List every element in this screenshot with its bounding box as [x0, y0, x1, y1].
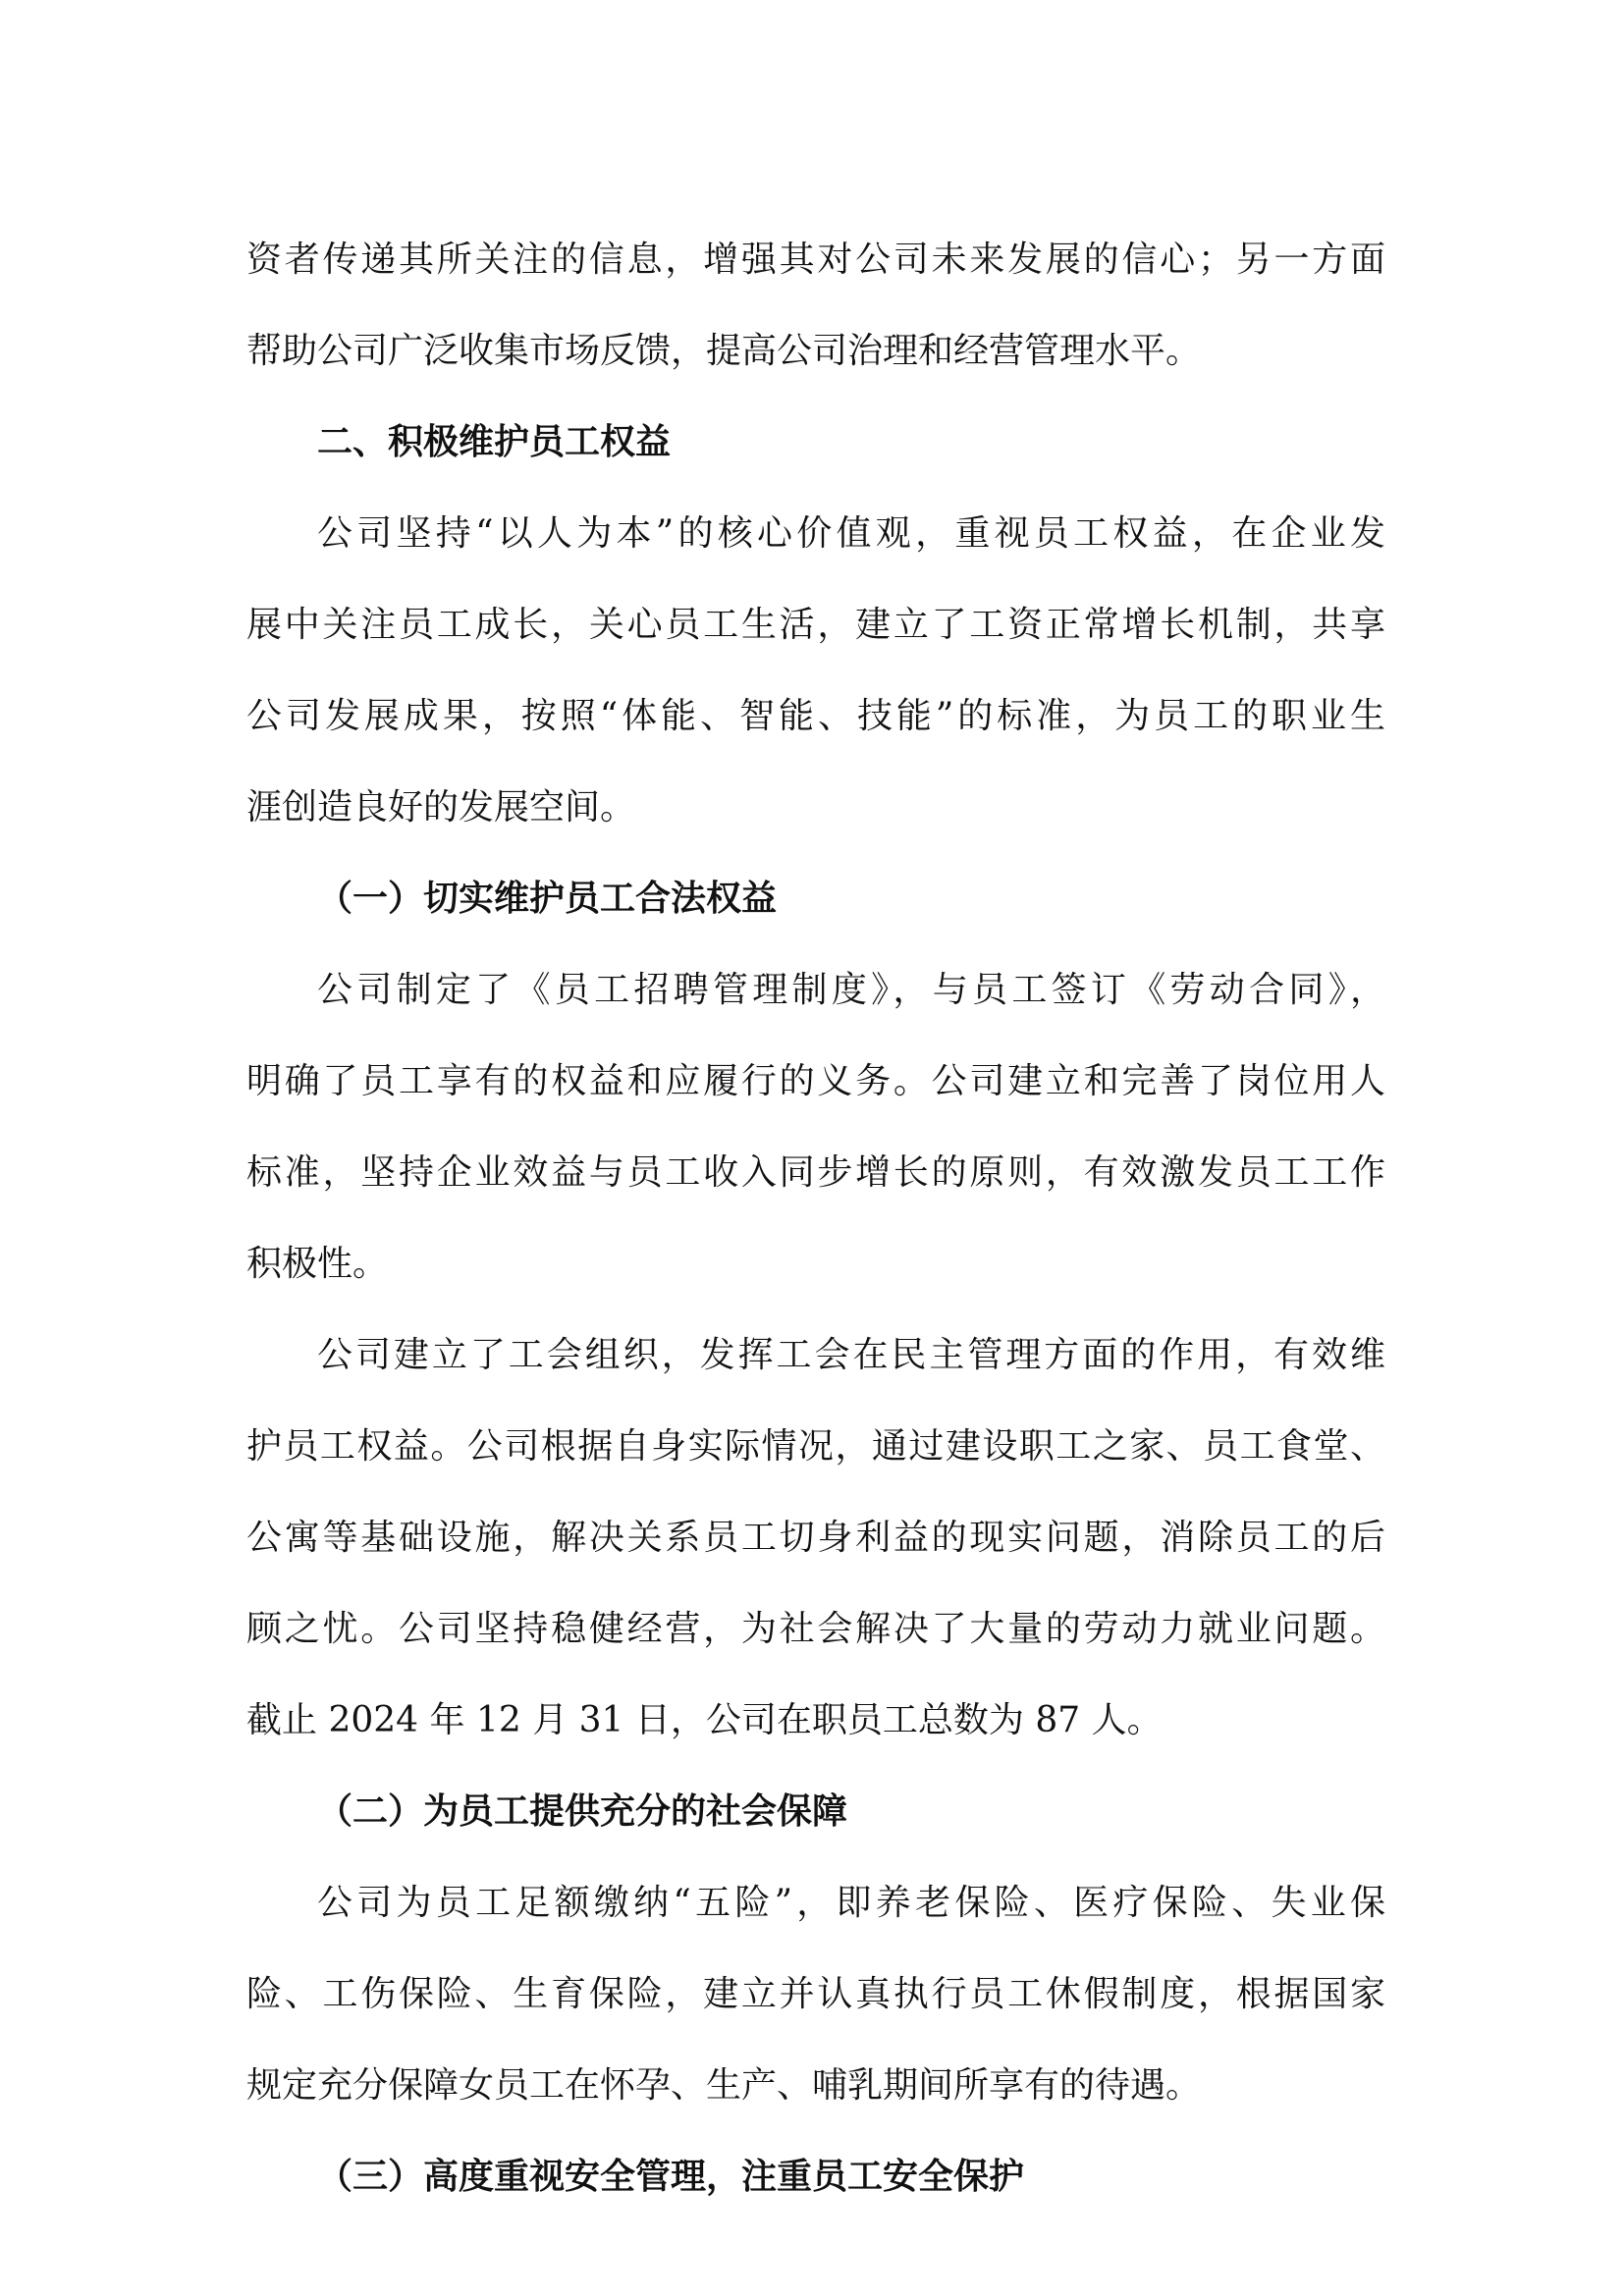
paragraph-continuation: 资者传递其所关注的信息，增强其对公司未来发展的信心；另一方面 帮助公司广泛收集市…: [246, 214, 1385, 397]
text-line: 涯创造良好的发展空间。: [246, 762, 1385, 853]
paragraph: 公司坚持“以人为本”的核心价值观，重视员工权益，在企业发 展中关注员工成长，关心…: [246, 488, 1385, 853]
text-line: 公司制定了《员工招聘管理制度》，与员工签订《劳动合同》，: [246, 944, 1385, 1036]
paragraph: 公司建立了工会组织，发挥工会在民主管理方面的作用，有效维 护员工权益。公司根据自…: [246, 1309, 1385, 1766]
text-line: 护员工权益。公司根据自身实际情况，通过建设职工之家、员工食堂、: [246, 1401, 1385, 1492]
text-line: 公司建立了工会组织，发挥工会在民主管理方面的作用，有效维: [246, 1309, 1385, 1401]
subsection-heading: （三）高度重视安全管理，注重员工安全保护: [246, 2131, 1385, 2222]
subsection-heading: （一）切实维护员工合法权益: [246, 853, 1385, 944]
subsection-heading: （二）为员工提供充分的社会保障: [246, 1766, 1385, 1857]
text-line: 公寓等基础设施，解决关系员工切身利益的现实问题，消除员工的后: [246, 1492, 1385, 1583]
text-line: 顾之忧。公司坚持稳健经营，为社会解决了大量的劳动力就业问题。: [246, 1583, 1385, 1675]
paragraph: 公司制定了《员工招聘管理制度》，与员工签订《劳动合同》， 明确了员工享有的权益和…: [246, 944, 1385, 1309]
text-line: 展中关注员工成长，关心员工生活，建立了工资正常增长机制，共享: [246, 579, 1385, 670]
text-line: 险、工伤保险、生育保险，建立并认真执行员工休假制度，根据国家: [246, 1949, 1385, 2040]
text-line: 积极性。: [246, 1218, 1385, 1309]
paragraph: 公司为员工足额缴纳“五险”，即养老保险、医疗保险、失业保 险、工伤保险、生育保险…: [246, 1857, 1385, 2131]
text-line: 规定充分保障女员工在怀孕、生产、哺乳期间所享有的待遇。: [246, 2040, 1385, 2131]
text-line: 截止 2024 年 12 月 31 日，公司在职员工总数为 87 人。: [246, 1675, 1385, 1766]
section-heading: 二、积极维护员工权益: [246, 397, 1385, 488]
text-line: 资者传递其所关注的信息，增强其对公司未来发展的信心；另一方面: [246, 214, 1385, 305]
text-line: 明确了员工享有的权益和应履行的义务。公司建立和完善了岗位用人: [246, 1036, 1385, 1127]
text-line: 帮助公司广泛收集市场反馈，提高公司治理和经营管理水平。: [246, 305, 1385, 397]
text-line: 公司坚持“以人为本”的核心价值观，重视员工权益，在企业发: [246, 488, 1385, 579]
document-page: 资者传递其所关注的信息，增强其对公司未来发展的信心；另一方面 帮助公司广泛收集市…: [246, 214, 1385, 2222]
text-line: 公司为员工足额缴纳“五险”，即养老保险、医疗保险、失业保: [246, 1857, 1385, 1949]
text-line: 标准，坚持企业效益与员工收入同步增长的原则，有效激发员工工作: [246, 1127, 1385, 1218]
text-line: 公司发展成果，按照“体能、智能、技能”的标准，为员工的职业生: [246, 670, 1385, 762]
